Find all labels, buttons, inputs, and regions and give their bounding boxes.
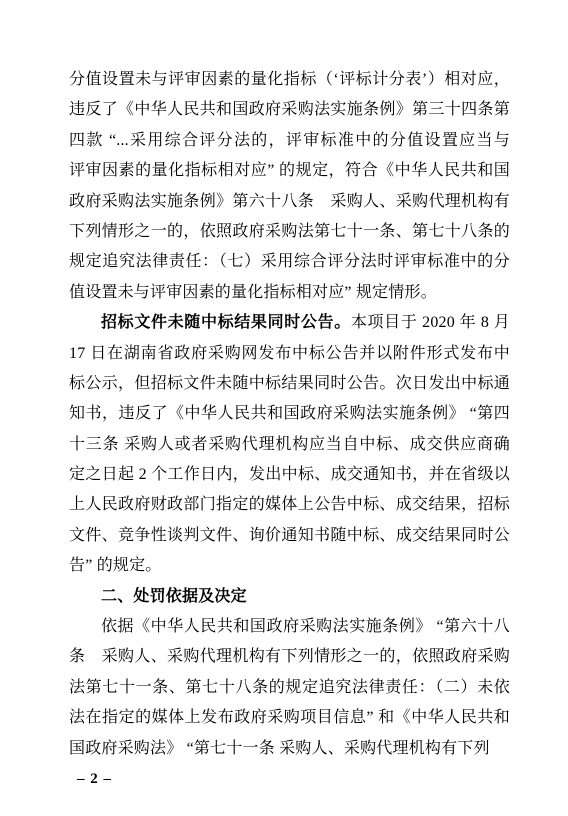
body-text: 评审因素的量化指标相对应” 的规定，符合《中华人民共和国 [69,162,510,179]
text-line: 分值设置未与评审因素的量化指标（‘评标计分表’）相对应， [69,65,510,95]
bold-text: 二、处罚依据及决定 [101,588,247,605]
text-line: 上人民政府财政部门指定的媒体上公告中标、成交结果，招标 [69,490,510,520]
text-line: 评审因素的量化指标相对应” 的规定，符合《中华人民共和国 [69,156,510,186]
page-number: – 2 – [77,772,112,787]
body-text: 标公示，但招标文件未随中标结果同时公告。次日发出中标通 [69,375,510,392]
body-text: 文件、竞争性谈判文件、询价通知书随中标、成交结果同时公 [69,527,510,544]
text-line: 法在指定的媒体上发布政府采购项目信息” 和《中华人民共和 [69,703,510,733]
body-text: 国政府采购法》 “第七十一条 采购人、采购代理机构有下列 [69,740,490,757]
text-line: 定之日起 2 个工作日内，发出中标、成交通知书，并在省级以 [69,460,510,490]
text-line: 法第七十一条、第七十八条的规定追究法律责任：（二）未依 [69,673,510,703]
text-line: 规定追究法律责任：（七）采用综合评分法时评审标准中的分 [69,247,510,277]
text-line: 下列情形之一的，依照政府采购法第七十一条、第七十八条的 [69,217,510,247]
section-heading: 二、处罚依据及决定 [69,582,510,612]
text-line: 文件、竞争性谈判文件、询价通知书随中标、成交结果同时公 [69,521,510,551]
text-line: 国政府采购法》 “第七十一条 采购人、采购代理机构有下列 [69,734,510,764]
body-text: 四款 “...采用综合评分法的，评审标准中的分值设置应当与 [69,132,510,149]
document-body: 分值设置未与评审因素的量化指标（‘评标计分表’）相对应，违反了《中华人民共和国政… [69,65,510,764]
body-text: 条 采购人、采购代理机构有下列情形之一的，依照政府采购 [69,648,510,665]
body-text: 规定追究法律责任：（七）采用综合评分法时评审标准中的分 [69,253,510,270]
text-line: 告” 的规定。 [69,551,510,581]
text-line: 招标文件未随中标结果同时公告。本项目于 2020 年 8 月 [69,308,510,338]
text-line: 17 日在湖南省政府采购网发布中标公告并以附件形式发布中 [69,339,510,369]
text-line: 条 采购人、采购代理机构有下列情形之一的，依照政府采购 [69,642,510,672]
text-line: 知书，违反了《中华人民共和国政府采购法实施条例》 “第四 [69,399,510,429]
bold-text: 招标文件未随中标结果同时公告。 [101,314,351,331]
body-text: 上人民政府财政部门指定的媒体上公告中标、成交结果，招标 [69,496,510,513]
text-line: 值设置未与评审因素的量化指标相对应” 规定情形。 [69,278,510,308]
document-page: 分值设置未与评审因素的量化指标（‘评标计分表’）相对应，违反了《中华人民共和国政… [0,0,568,816]
text-line: 十三条 采购人或者采购代理机构应当自中标、成交供应商确 [69,430,510,460]
text-line: 依据《中华人民共和国政府采购法实施条例》 “第六十八 [69,612,510,642]
body-text: 告” 的规定。 [69,557,162,574]
body-text: 本项目于 2020 年 8 月 [351,314,510,331]
body-text: 依据《中华人民共和国政府采购法实施条例》 “第六十八 [101,618,510,635]
body-text: 知书，违反了《中华人民共和国政府采购法实施条例》 “第四 [69,405,510,422]
body-text: 分值设置未与评审因素的量化指标（‘评标计分表’）相对应， [69,71,510,88]
text-line: 标公示，但招标文件未随中标结果同时公告。次日发出中标通 [69,369,510,399]
text-line: 违反了《中华人民共和国政府采购法实施条例》第三十四条第 [69,95,510,125]
body-text: 17 日在湖南省政府采购网发布中标公告并以附件形式发布中 [69,345,510,362]
body-text: 定之日起 2 个工作日内，发出中标、成交通知书，并在省级以 [69,466,510,483]
body-text: 法第七十一条、第七十八条的规定追究法律责任：（二）未依 [69,679,510,696]
body-text: 违反了《中华人民共和国政府采购法实施条例》第三十四条第 [69,101,510,118]
text-line: 政府采购法实施条例》第六十八条 采购人、采购代理机构有 [69,187,510,217]
text-line: 四款 “...采用综合评分法的，评审标准中的分值设置应当与 [69,126,510,156]
body-text: 值设置未与评审因素的量化指标相对应” 规定情形。 [69,284,437,301]
body-text: 政府采购法实施条例》第六十八条 采购人、采购代理机构有 [69,193,510,210]
body-text: 下列情形之一的，依照政府采购法第七十一条、第七十八条的 [69,223,510,240]
body-text: 法在指定的媒体上发布政府采购项目信息” 和《中华人民共和 [69,709,510,726]
body-text: 十三条 采购人或者采购代理机构应当自中标、成交供应商确 [69,436,510,453]
